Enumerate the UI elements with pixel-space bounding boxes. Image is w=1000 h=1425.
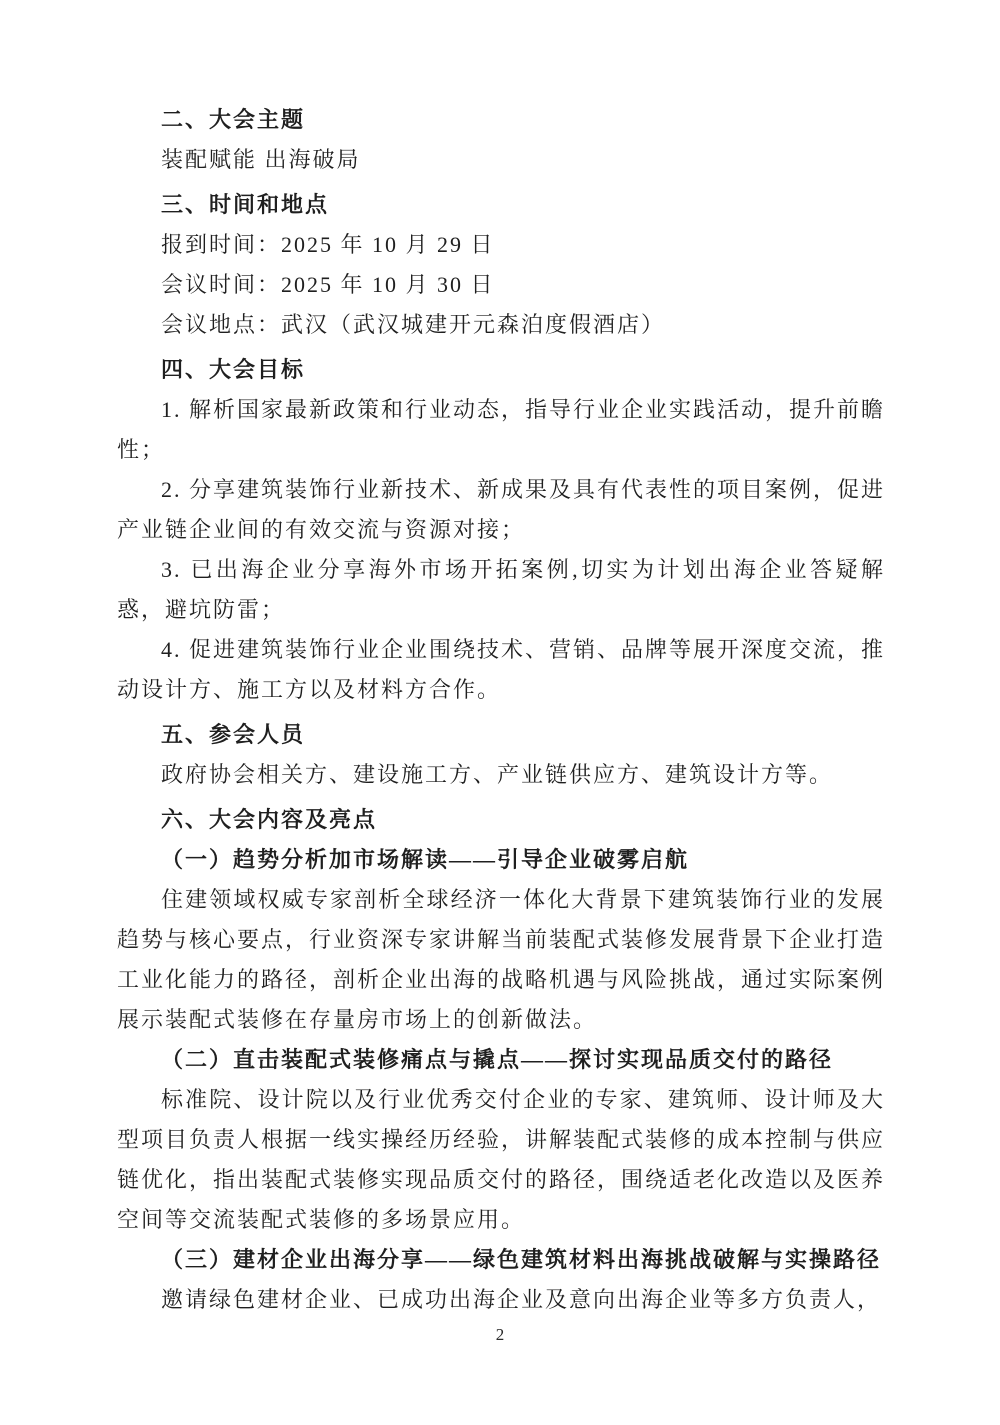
sub-heading: （一）趋势分析加市场解读——引导企业破雾启航 [117, 840, 885, 880]
section-heading: 五、参会人员 [117, 715, 885, 755]
paragraph: 标准院、设计院以及行业优秀交付企业的专家、建筑师、设计师及大型项目负责人根据一线… [117, 1080, 885, 1240]
section-heading: 三、时间和地点 [117, 185, 885, 225]
paragraph: 3. 已出海企业分享海外市场开拓案例,切实为计划出海企业答疑解惑，避坑防雷； [117, 550, 885, 630]
page-number: 2 [0, 1325, 1000, 1345]
paragraph: 报到时间：2025 年 10 月 29 日 [117, 225, 885, 265]
paragraph: 1. 解析国家最新政策和行业动态，指导行业企业实践活动，提升前瞻性； [117, 390, 885, 470]
paragraph: 装配赋能 出海破局 [117, 140, 885, 180]
document-body: 二、大会主题装配赋能 出海破局三、时间和地点报到时间：2025 年 10 月 2… [117, 95, 885, 1320]
paragraph: 邀请绿色建材企业、已成功出海企业及意向出海企业等多方负责人， [117, 1280, 885, 1320]
section-heading: 六、大会内容及亮点 [117, 800, 885, 840]
paragraph: 2. 分享建筑装饰行业新技术、新成果及具有代表性的项目案例，促进产业链企业间的有… [117, 470, 885, 550]
section-heading: 四、大会目标 [117, 350, 885, 390]
document-page: 二、大会主题装配赋能 出海破局三、时间和地点报到时间：2025 年 10 月 2… [0, 0, 1000, 1425]
paragraph: 4. 促进建筑装饰行业企业围绕技术、营销、品牌等展开深度交流，推动设计方、施工方… [117, 630, 885, 710]
sub-heading: （二）直击装配式装修痛点与撬点——探讨实现品质交付的路径 [117, 1040, 885, 1080]
paragraph: 会议时间：2025 年 10 月 30 日 [117, 265, 885, 305]
paragraph: 会议地点：武汉（武汉城建开元森泊度假酒店） [117, 305, 885, 345]
section-heading: 二、大会主题 [117, 100, 885, 140]
paragraph: 住建领域权威专家剖析全球经济一体化大背景下建筑装饰行业的发展趋势与核心要点，行业… [117, 880, 885, 1040]
paragraph: 政府协会相关方、建设施工方、产业链供应方、建筑设计方等。 [117, 755, 885, 795]
sub-heading: （三）建材企业出海分享——绿色建筑材料出海挑战破解与实操路径 [117, 1240, 885, 1280]
